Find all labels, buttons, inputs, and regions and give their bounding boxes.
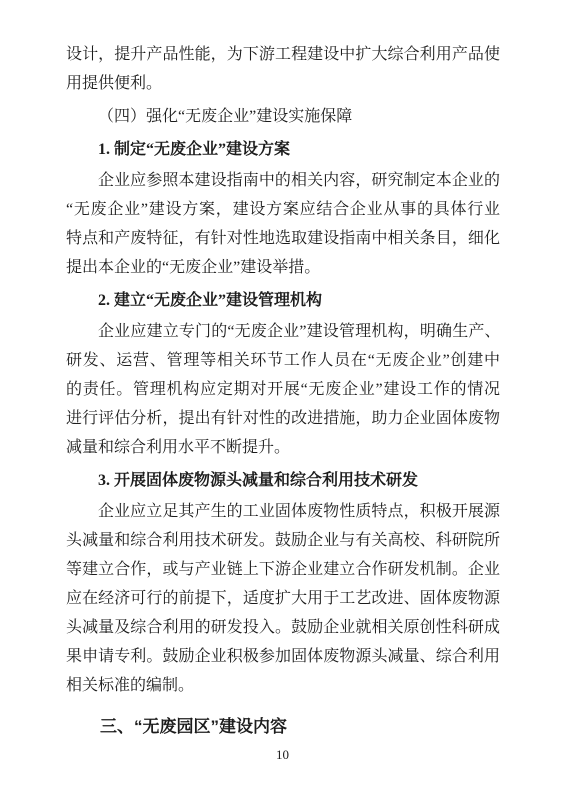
body-line: 头减量及综合利用的研发投入。鼓励企业就相关原创性科研成 bbox=[66, 613, 500, 642]
heading-item-1: 1. 制定“无废企业”建设方案 bbox=[66, 135, 500, 164]
body-line: “无废企业”建设方案，建设方案应结合企业从事的具体行业 bbox=[66, 195, 500, 224]
body-line: 减量和综合利用水平不断提升。 bbox=[66, 433, 500, 462]
paragraph-2: 企业应建立专门的“无废企业”建设管理机构，明确生产、 研发、运营、管理等相关环节… bbox=[66, 317, 500, 462]
body-line: 企业应建立专门的“无废企业”建设管理机构，明确生产、 bbox=[66, 317, 500, 346]
heading-item-2: 2. 建立“无废企业”建设管理机构 bbox=[66, 286, 500, 315]
body-line: 进行评估分析，提出有针对性的改进措施，助力企业固体废物 bbox=[66, 404, 500, 433]
body-line: 提出本企业的“无废企业”建设举措。 bbox=[66, 253, 500, 282]
body-line: 企业应参照本建设指南中的相关内容，研究制定本企业的 bbox=[66, 166, 500, 195]
heading-section-3-main: 三、“无废园区”建设内容 bbox=[66, 712, 500, 741]
heading-section-4: （四）强化“无废企业”建设实施保障 bbox=[66, 102, 500, 131]
body-line: 头减量和综合利用技术研发。鼓励企业与有关高校、科研院所 bbox=[66, 526, 500, 555]
paragraph-continued: 设计，提升产品性能，为下游工程建设中扩大综合利用产品使 用提供便利。 bbox=[66, 40, 500, 98]
body-line: 用提供便利。 bbox=[66, 69, 500, 98]
paragraph-1: 企业应参照本建设指南中的相关内容，研究制定本企业的 “无废企业”建设方案，建设方… bbox=[66, 166, 500, 282]
heading-item-3: 3. 开展固体废物源头减量和综合利用技术研发 bbox=[66, 466, 500, 495]
body-line: 应在经济可行的前提下，适度扩大用于工艺改进、固体废物源 bbox=[66, 584, 500, 613]
body-line: 企业应立足其产生的工业固体废物性质特点，积极开展源 bbox=[66, 497, 500, 526]
paragraph-3: 企业应立足其产生的工业固体废物性质特点，积极开展源 头减量和综合利用技术研发。鼓… bbox=[66, 497, 500, 700]
body-line: 果申请专利。鼓励企业积极参加固体废物源头减量、综合利用 bbox=[66, 642, 500, 671]
body-line: 相关标准的编制。 bbox=[66, 671, 500, 700]
page-number: 10 bbox=[0, 748, 565, 762]
document-page: 设计，提升产品性能，为下游工程建设中扩大综合利用产品使 用提供便利。 （四）强化… bbox=[0, 0, 565, 798]
body-line: 设计，提升产品性能，为下游工程建设中扩大综合利用产品使 bbox=[66, 40, 500, 69]
body-line: 的责任。管理机构应定期对开展“无废企业”建设工作的情况 bbox=[66, 375, 500, 404]
body-line: 等建立合作，或与产业链上下游企业建立合作研发机制。企业 bbox=[66, 555, 500, 584]
body-line: 特点和产废特征，有针对性地选取建设指南中相关条目，细化 bbox=[66, 224, 500, 253]
body-line: 研发、运营、管理等相关环节工作人员在“无废企业”创建中 bbox=[66, 346, 500, 375]
